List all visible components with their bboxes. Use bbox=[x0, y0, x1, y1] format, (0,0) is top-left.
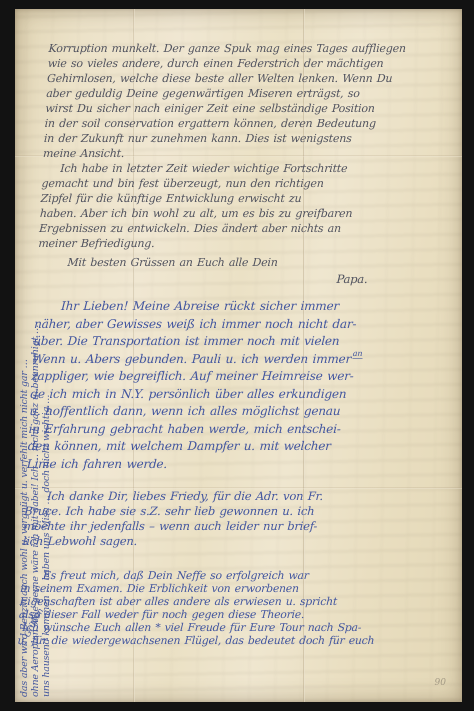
handwriting-line: aber geduldig Deine gegenwärtigen Misere… bbox=[46, 86, 453, 101]
handwriting-line: Wenn u. Abers gebunden. Pauli u. ich wer… bbox=[32, 351, 439, 369]
letter-paragraph-blue-ink-1: Ihr Lieben! Meine Abreise rückt sicher i… bbox=[26, 298, 441, 473]
handwriting-line: haben. Aber ich bin wohl zu alt, um es b… bbox=[40, 206, 447, 221]
handwriting-line: also dieser Fall weder für noch gegen di… bbox=[19, 608, 426, 621]
handwriting-line: Eigenschaften ist aber alles andere als … bbox=[19, 595, 426, 608]
handwriting-line: ohne Aeroplan. Wie gerne wäre ich mit da… bbox=[30, 25, 41, 697]
handwriting-line: über. Die Transportation ist immer noch … bbox=[33, 333, 440, 351]
handwriting-line: Ihr Lieben! Meine Abreise rückt sicher i… bbox=[61, 298, 442, 316]
handwriting-line: wie so vieles andere, durch einen Feders… bbox=[47, 56, 454, 71]
handwriting-line: das aber wird Benzin auch wohl u. vergnü… bbox=[19, 25, 30, 697]
handwriting-line: meiner Befriedigung. bbox=[38, 236, 445, 251]
handwriting-line: gemacht und bin fest überzeugt, nun den … bbox=[41, 176, 448, 191]
handwriting-line: Bruce. Ich habe sie s.Z. sehr lieb gewon… bbox=[24, 504, 431, 519]
handwriting-line: zappliger, wie begreiflich. Auf meiner H… bbox=[31, 368, 438, 386]
handwriting-line: lich Lebwohl sagen. bbox=[22, 534, 429, 549]
signature: Papa. bbox=[336, 272, 443, 286]
closing-line: Mit besten Grüssen an Euch alle Dein bbox=[67, 255, 444, 270]
margin-note-rotated: das aber wird Benzin auch wohl u. vergnü… bbox=[19, 25, 52, 697]
handwriting-line: Ich wünsche Euch allen * viel Freude für… bbox=[22, 621, 425, 634]
handwriting-line: Ergebnissen zu entwickeln. Dies ändert a… bbox=[39, 221, 446, 236]
scan-background: { "colors": { "scan_border": "#121212", … bbox=[0, 0, 474, 711]
handwriting-line: u. hoffentlich dann, wenn ich alles mögl… bbox=[29, 403, 436, 421]
handwriting-line: möchte ihr jedenfalls – wenn auch leider… bbox=[23, 519, 430, 534]
handwriting-line: Gehirnlosen, welche diese beste aller We… bbox=[47, 71, 454, 86]
handwriting-line: Ich danke Dir, liebes Friedy, für die Ad… bbox=[47, 489, 432, 504]
interlinear-insertion: an bbox=[352, 349, 362, 359]
handwriting-line: in der Zukunft nur zunehmen kann. Dies i… bbox=[43, 131, 450, 146]
letter-paragraphs-dark-ink: Korruption munkelt. Der ganze Spuk mag e… bbox=[38, 41, 455, 251]
letter-paragraph-blue-ink-2: Ich danke Dir, liebes Friedy, für die Ad… bbox=[22, 489, 431, 549]
handwriting-line: in seinem Examen. Die Erblichkeit von er… bbox=[20, 582, 427, 595]
letter-paragraph-blue-ink-3: Es freut mich, daß Dein Neffe so erfolgr… bbox=[17, 569, 427, 647]
handwriting-line: u. für die wiedergewachsenen Flügel, das… bbox=[17, 634, 424, 647]
letter-body: Korruption munkelt. Der ganze Spuk mag e… bbox=[17, 41, 455, 647]
handwriting-line: Es freut mich, daß Dein Neffe so erfolgr… bbox=[43, 569, 428, 582]
handwriting-line: in der soil conservation ergattern könne… bbox=[44, 116, 451, 131]
handwriting-line: in Erfahrung gebracht haben werde, mich … bbox=[28, 421, 435, 439]
handwriting-line: wirst Du sicher nach einiger Zeit eine s… bbox=[45, 101, 452, 116]
handwriting-line: Korruption munkelt. Der ganze Spuk mag e… bbox=[48, 41, 455, 56]
handwriting-line: Linie ich fahren werde. bbox=[26, 456, 433, 474]
handwriting-line: näher, aber Gewisses weiß ich immer noch… bbox=[34, 316, 441, 334]
handwriting-line: den können, mit welchem Dampfer u. mit w… bbox=[27, 438, 434, 456]
handwriting-line: meine Ansicht. bbox=[43, 146, 450, 161]
letter-page: Korruption munkelt. Der ganze Spuk mag e… bbox=[15, 9, 462, 702]
handwriting-line: Ich habe in letzter Zeit wieder wichtige… bbox=[60, 161, 449, 176]
handwriting-line: Zipfel für die künftige Entwicklung erwi… bbox=[40, 191, 447, 206]
archive-page-number: 90 bbox=[435, 678, 446, 688]
handwriting-line: de ich mich in N.Y. persönlich über alle… bbox=[30, 386, 437, 404]
